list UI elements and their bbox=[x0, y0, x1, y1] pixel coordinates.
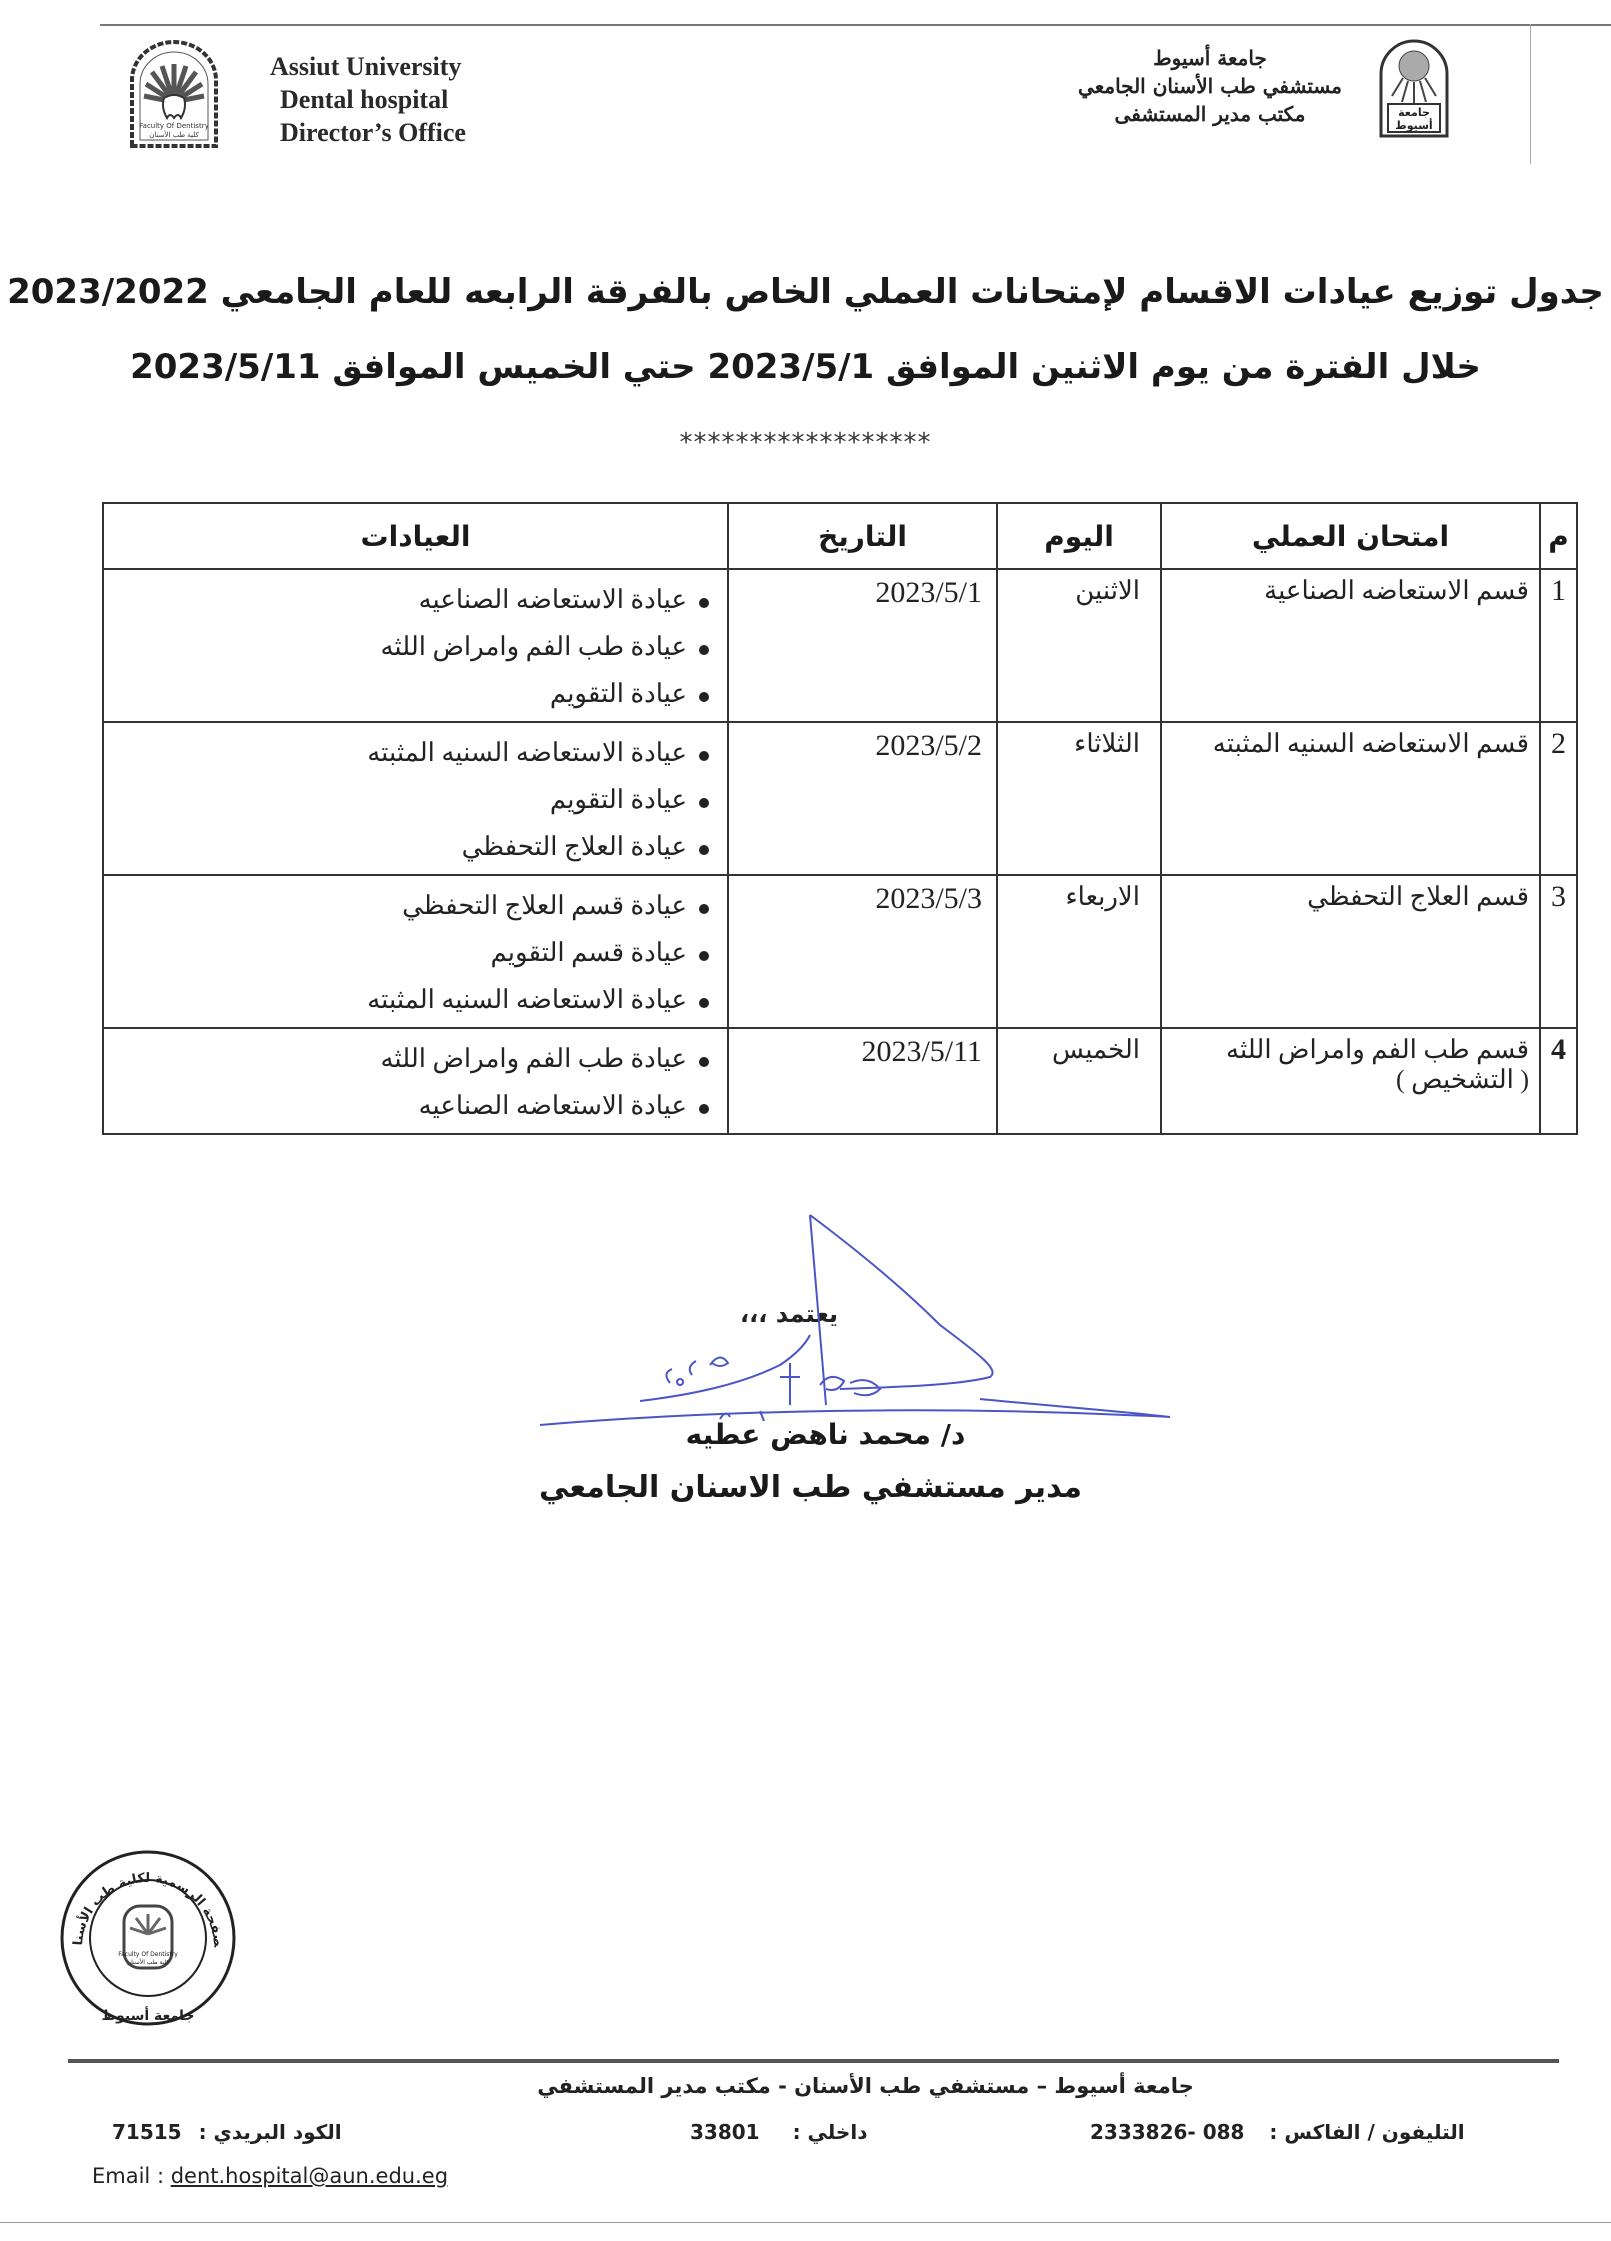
row-clinics: عيادة الاستعاضه الصناعيه عيادة طب الفم و… bbox=[103, 569, 728, 722]
row-exam: قسم الاستعاضه الصناعية bbox=[1161, 569, 1540, 722]
email-label: Email : bbox=[92, 2164, 171, 2188]
row-exam: قسم طب الفم وامراض اللثه ( التشخيص ) bbox=[1161, 1028, 1540, 1134]
bottom-rule bbox=[0, 2222, 1611, 2223]
row-clinics: عيادة الاستعاضه السنيه المثبته عيادة الت… bbox=[103, 722, 728, 875]
row-date: 2023/5/3 bbox=[728, 875, 997, 1028]
row-day: الاثنين bbox=[997, 569, 1161, 722]
document-title: جدول توزيع عيادات الاقسام لإمتحانات العم… bbox=[0, 272, 1611, 312]
official-stamp-icon: الصفحة الرسمية لكلية طب الأسنان جامعة أس… bbox=[52, 1848, 244, 2028]
document-period: خلال الفترة من يوم الاثنين الموافق 2023/… bbox=[0, 347, 1611, 387]
svg-text:جامعة: جامعة bbox=[1398, 106, 1430, 119]
clinic-item: عيادة طب الفم وامراض اللثه bbox=[114, 1035, 709, 1082]
row-exam: قسم العلاج التحفظي bbox=[1161, 875, 1540, 1028]
phone-value: 088 -2333826 bbox=[1090, 2120, 1244, 2144]
clinic-item: عيادة طب الفم وامراض اللثه bbox=[114, 623, 709, 670]
stamp-inner-ar: كلية طب الأسنان bbox=[127, 1958, 170, 1966]
row-day: الخميس bbox=[997, 1028, 1161, 1134]
hospital-name-ar: مستشفي طب الأسنان الجامعي bbox=[1065, 72, 1355, 100]
header-arabic-block: جامعة أسيوط مستشفي طب الأسنان الجامعي مك… bbox=[1065, 44, 1355, 128]
row-day: الاربعاء bbox=[997, 875, 1161, 1028]
footer-email: Email : dent.hospital@aun.edu.eg bbox=[92, 2164, 448, 2188]
email-link[interactable]: dent.hospital@aun.edu.eg bbox=[171, 2164, 448, 2188]
footer-postal: الكود البريدي : 71515 bbox=[112, 2120, 342, 2144]
row-exam: قسم الاستعاضه السنيه المثبته bbox=[1161, 722, 1540, 875]
clinic-item: عيادة قسم التقويم bbox=[114, 929, 709, 976]
clinic-item: عيادة الاستعاضه الصناعيه bbox=[114, 1082, 709, 1129]
footer-extension: داخلي : 33801 bbox=[690, 2120, 867, 2144]
svg-text:Faculty Of Dentistry: Faculty Of Dentistry bbox=[139, 122, 208, 130]
header-num: م bbox=[1540, 503, 1577, 569]
svg-text:كلية طب الأسنان: كلية طب الأسنان bbox=[149, 130, 199, 139]
table-row: 4 قسم طب الفم وامراض اللثه ( التشخيص ) ا… bbox=[103, 1028, 1577, 1134]
clinic-item: عيادة قسم العلاج التحفظي bbox=[114, 882, 709, 929]
assiut-university-logo-icon: جامعة أسيوط bbox=[1378, 38, 1450, 138]
table-row: 3 قسم العلاج التحفظي الاربعاء 2023/5/3 ع… bbox=[103, 875, 1577, 1028]
row-date: 2023/5/2 bbox=[728, 722, 997, 875]
extension-label: داخلي : bbox=[793, 2120, 868, 2144]
footer-rule bbox=[68, 2059, 1559, 2063]
header-day: اليوم bbox=[997, 503, 1161, 569]
exam-label: قسم الاستعاضه الصناعية bbox=[1264, 576, 1529, 605]
office-name-ar: مكتب مدير المستشفى bbox=[1065, 100, 1355, 128]
exam-sub-label: ( التشخيص ) bbox=[1172, 1065, 1529, 1095]
row-num: 1 bbox=[1540, 569, 1577, 722]
clinic-item: عيادة الاستعاضه الصناعيه bbox=[114, 576, 709, 623]
top-rule bbox=[100, 24, 1611, 26]
exam-label: قسم العلاج التحفظي bbox=[1307, 882, 1529, 911]
row-clinics: عيادة قسم العلاج التحفظي عيادة قسم التقو… bbox=[103, 875, 728, 1028]
svg-text:الصفحة الرسمية لكلية طب الأسنا: الصفحة الرسمية لكلية طب الأسنان bbox=[52, 1848, 225, 1948]
hospital-name-en: Dental hospital bbox=[270, 83, 466, 116]
row-num: 2 bbox=[1540, 722, 1577, 875]
signer-title: مدير مستشفي طب الاسنان الجامعي bbox=[0, 1470, 1611, 1505]
row-num: 4 bbox=[1540, 1028, 1577, 1134]
stamp-inner-en: Faculty Of Dentistry bbox=[118, 1951, 178, 1958]
clinic-item: عيادة العلاج التحفظي bbox=[114, 823, 709, 870]
phone-label: التليفون / الفاكس : bbox=[1269, 2120, 1464, 2144]
handwritten-signature-icon bbox=[520, 1205, 1220, 1435]
table-row: 2 قسم الاستعاضه السنيه المثبته الثلاثاء … bbox=[103, 722, 1577, 875]
signer-name: د/ محمد ناهض عطيه bbox=[0, 1418, 1611, 1451]
header-english-block: Assiut University Dental hospital Direct… bbox=[270, 50, 466, 149]
clinic-item: عيادة التقويم bbox=[114, 670, 709, 717]
row-date: 2023/5/11 bbox=[728, 1028, 997, 1134]
row-clinics: عيادة طب الفم وامراض اللثه عيادة الاستعا… bbox=[103, 1028, 728, 1134]
header-clinics: العيادات bbox=[103, 503, 728, 569]
row-day: الثلاثاء bbox=[997, 722, 1161, 875]
exam-label: قسم الاستعاضه السنيه المثبته bbox=[1213, 729, 1529, 758]
row-num: 3 bbox=[1540, 875, 1577, 1028]
faculty-of-dentistry-logo-icon: Faculty Of Dentistry كلية طب الأسنان bbox=[128, 40, 220, 148]
postal-label: الكود البريدي : bbox=[199, 2120, 342, 2144]
separator-stars: ****************** bbox=[0, 428, 1611, 458]
extension-value: 33801 bbox=[690, 2120, 760, 2144]
clinic-item: عيادة التقويم bbox=[114, 776, 709, 823]
postal-value: 71515 bbox=[112, 2120, 182, 2144]
stamp-text-bottom: جامعة أسيوط bbox=[102, 2006, 195, 2024]
stamp-text-top: الصفحة الرسمية لكلية طب الأسنان bbox=[52, 1848, 225, 1948]
table-header-row: م امتحان العملي اليوم التاريخ العيادات bbox=[103, 503, 1577, 569]
clinic-item: عيادة الاستعاضه السنيه المثبته bbox=[114, 729, 709, 776]
university-name-en: Assiut University bbox=[270, 50, 466, 83]
top-margin-line bbox=[1530, 24, 1531, 164]
exam-label: قسم طب الفم وامراض اللثه bbox=[1172, 1035, 1529, 1065]
university-name-ar: جامعة أسيوط bbox=[1065, 44, 1355, 72]
clinic-item: عيادة الاستعاضه السنيه المثبته bbox=[114, 976, 709, 1023]
footer-title: جامعة أسيوط – مستشفي طب الأسنان - مكتب م… bbox=[0, 2074, 1611, 2098]
footer-phone: التليفون / الفاكس : 088 -2333826 bbox=[1090, 2120, 1465, 2144]
office-name-en: Director’s Office bbox=[270, 116, 466, 149]
row-date: 2023/5/1 bbox=[728, 569, 997, 722]
header-date: التاريخ bbox=[728, 503, 997, 569]
header-exam: امتحان العملي bbox=[1161, 503, 1540, 569]
table-row: 1 قسم الاستعاضه الصناعية الاثنين 2023/5/… bbox=[103, 569, 1577, 722]
schedule-table: م امتحان العملي اليوم التاريخ العيادات 1… bbox=[102, 502, 1578, 1135]
svg-text:أسيوط: أسيوط bbox=[1395, 118, 1432, 132]
